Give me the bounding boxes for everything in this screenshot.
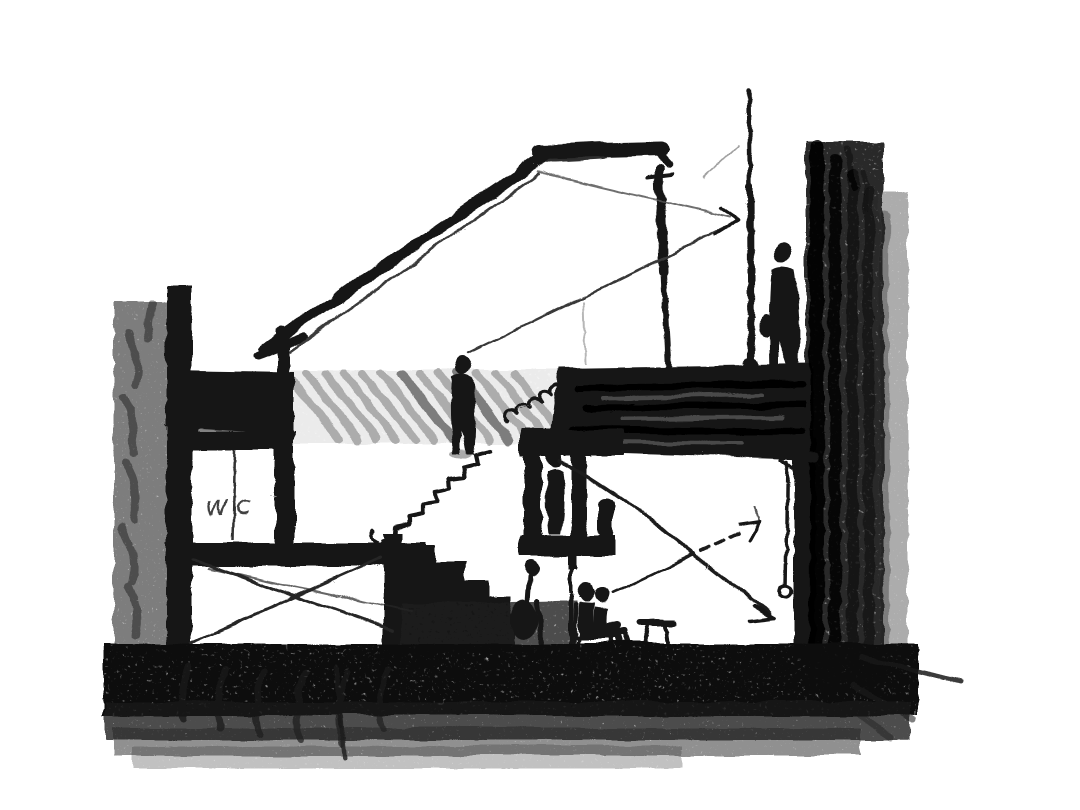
roof-end-post <box>658 166 661 270</box>
post-top-tick <box>647 172 671 175</box>
glazing-hatch-band <box>285 368 560 442</box>
ground-charcoal-band <box>102 642 958 766</box>
seated-person-head-1 <box>577 580 594 599</box>
window-booth <box>519 428 621 554</box>
bag-person-head <box>524 558 538 575</box>
terrace-person-head <box>773 240 790 261</box>
faint-railing-line <box>581 300 583 362</box>
booth-small-figure <box>596 497 612 537</box>
right-earth-charcoal-band <box>792 140 906 690</box>
mono-pitch-roof <box>256 147 671 374</box>
booth-figure-head <box>546 448 561 465</box>
roof-inner-line <box>288 172 537 350</box>
terrace-person-bag <box>757 313 771 335</box>
left-wall-core <box>164 286 190 654</box>
person-on-terrace <box>757 240 798 373</box>
booth-figure-body <box>545 467 563 534</box>
left-earth-charcoal-band <box>112 286 190 654</box>
view-arrow-up <box>612 505 757 591</box>
roof-slope <box>262 153 545 348</box>
wc-room: wc <box>181 429 294 549</box>
booth-middle-post <box>569 449 584 541</box>
faint-construction-line <box>701 143 737 177</box>
wc-right-post <box>274 431 294 549</box>
round-bag <box>508 597 536 637</box>
stair-person-head <box>453 355 469 374</box>
pendant-ball <box>778 584 790 596</box>
stair-zigzag-open-flight <box>369 449 490 541</box>
seated-person-head-2 <box>594 584 609 601</box>
charcoal-section-sketch: wc <box>0 0 1080 810</box>
booth-left-post <box>522 432 540 550</box>
wc-label: wc <box>203 487 255 520</box>
sketch-canvas: wc <box>0 0 1080 810</box>
mast-pole <box>740 90 756 368</box>
cross-brace-lines <box>190 556 410 641</box>
